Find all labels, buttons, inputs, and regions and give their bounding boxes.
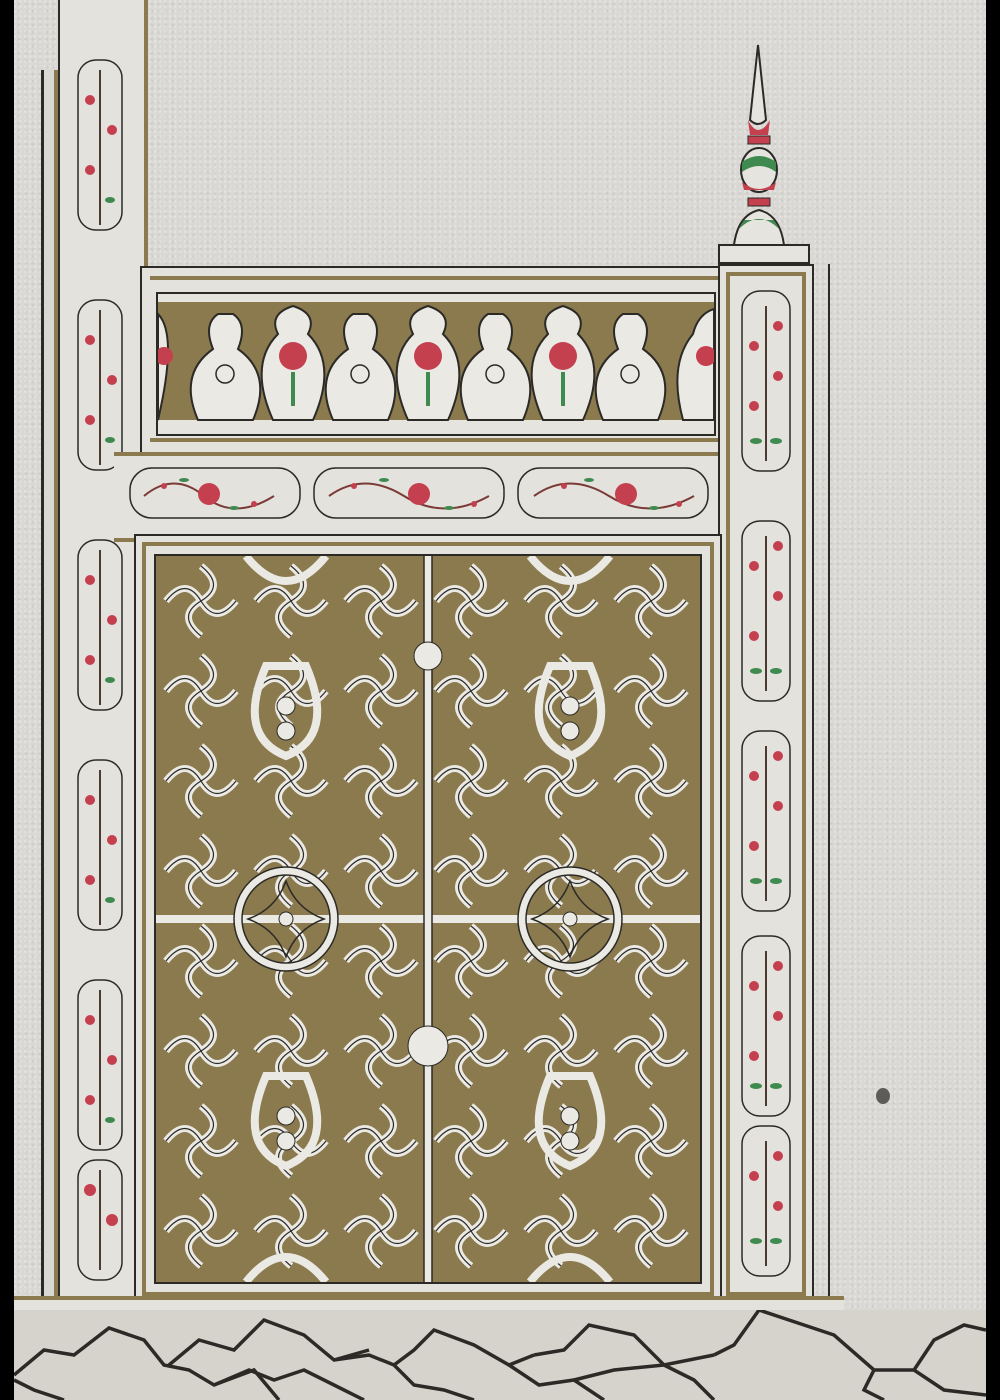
vase-flower-frieze-icon (158, 294, 714, 434)
floral-band (114, 452, 724, 542)
right-pilaster-floral-icon (720, 266, 812, 1302)
ink-spot (876, 1088, 890, 1104)
paper-background (14, 0, 986, 1400)
star-tile-floor (14, 1310, 986, 1400)
jali-lattice-pattern-icon (156, 556, 700, 1282)
jali-lattice (154, 554, 702, 1284)
right-pilaster (718, 264, 814, 1304)
frieze-gold-panel (156, 292, 716, 436)
right-edge-line (828, 264, 830, 1300)
left-inner-frame (14, 70, 60, 1300)
star-tile-pattern-icon (14, 1310, 986, 1400)
jali-panel-frame (134, 534, 722, 1304)
cresting-frieze (140, 266, 728, 452)
floral-scroll-icon (114, 456, 724, 530)
left-pilaster-floral-icon (60, 0, 144, 1300)
finial (714, 40, 814, 265)
finial-icon (714, 40, 814, 265)
